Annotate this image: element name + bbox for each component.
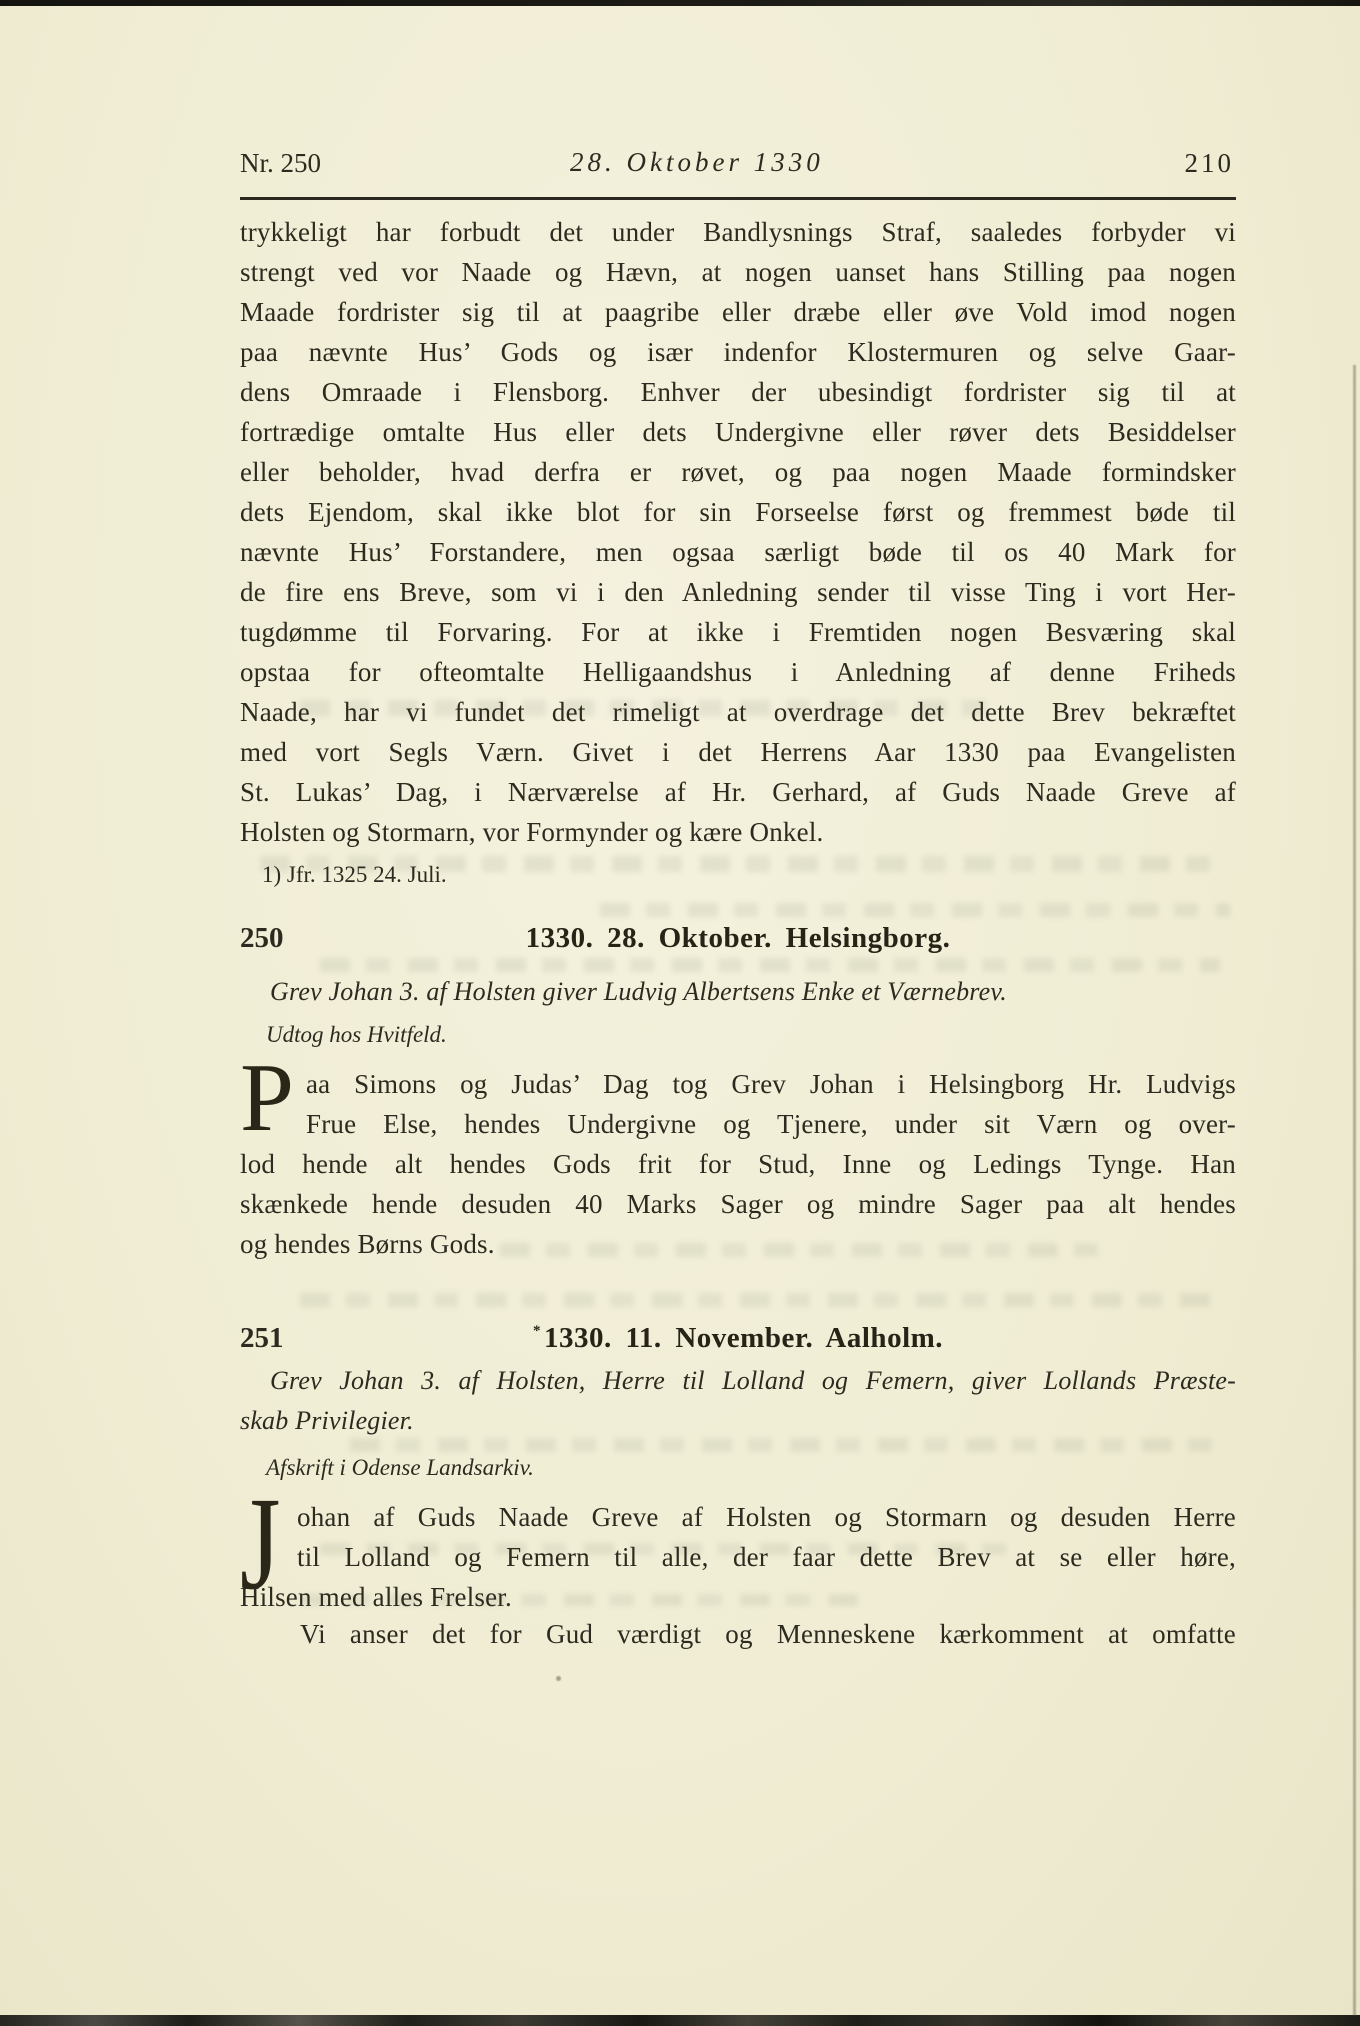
text-line: paa nævnte Hus’ Gods og især indenfor Kl… (240, 332, 1236, 372)
text-line: med vort Segls Værn. Givet i det Herrens… (240, 732, 1236, 772)
entry-251-closing-paragraph: Vi anser det for Gud værdigt og Menneske… (240, 1614, 1236, 1654)
text-line: aa Simons og Judas’ Dag tog Grev Johan i… (240, 1064, 1236, 1104)
text-line: skab Privilegier. (240, 1401, 1236, 1441)
text-line: de fire ens Breve, som vi i den Anlednin… (240, 572, 1236, 612)
footnote: 1) Jfr. 1325 24. Juli. (240, 861, 1236, 889)
text-line: St. Lukas’ Dag, i Nærværelse af Hr. Gerh… (240, 772, 1236, 812)
text-line: fortrædige omtalte Hus eller dets Underg… (240, 412, 1236, 452)
text-line: ohan af Guds Naade Greve af Holsten og S… (240, 1497, 1236, 1537)
text-line: Naade, har vi fundet det rimeligt at ove… (240, 692, 1236, 732)
text-line: eller beholder, hvad derfra er røvet, og… (240, 452, 1236, 492)
text-line: Hilsen med alles Frelser. (240, 1577, 1236, 1617)
text-line: trykkeligt har forbudt det under Bandlys… (240, 212, 1236, 252)
entry-249-continuation-paragraph: trykkeligt har forbudt det under Bandlys… (240, 212, 1236, 852)
book-page-scan: Nr. 250 28. Oktober 1330 210 trykkeligt … (0, 0, 1360, 2026)
running-header-entry-number: Nr. 250 (240, 147, 321, 179)
text-line: dets Ejendom, skal ikke blot for sin For… (240, 492, 1236, 532)
entry-250-source-note: Udtog hos Hvitfeld. (240, 1021, 1236, 1049)
entry-250-regest: Grev Johan 3. af Holsten giver Ludvig Al… (240, 972, 1236, 1012)
entry-250-heading: 1330. 28. Oktober. Helsingborg. (240, 920, 1236, 956)
text-line: tugdømme til Forvaring. For at ikke i Fr… (240, 612, 1236, 652)
page-edge-shadow (1353, 365, 1356, 2016)
text-line: Vi anser det for Gud værdigt og Menneske… (240, 1614, 1236, 1654)
text-line: skænkede hende desuden 40 Marks Sager og… (240, 1184, 1236, 1224)
entry-251-heading: *1330. 11. November. Aalholm. (240, 1320, 1236, 1361)
header-rule (240, 197, 1236, 200)
text-line: Maade fordrister sig til at paagribe ell… (240, 292, 1236, 332)
entry-251-body-paragraph: ohan af Guds Naade Greve af Holsten og S… (240, 1497, 1236, 1617)
text-line: Grev Johan 3. af Holsten giver Ludvig Al… (240, 972, 1236, 1012)
entry-251-source-note: Afskrift i Odense Landsarkiv. (240, 1454, 1236, 1482)
entry-251-regest: Grev Johan 3. af Holsten, Herre til Loll… (240, 1361, 1236, 1441)
entry-250-body-paragraph: aa Simons og Judas’ Dag tog Grev Johan i… (240, 1064, 1236, 1264)
text-line: Frue Else, hendes Undergivne og Tjenere,… (240, 1104, 1236, 1144)
text-line: strengt ved vor Naade og Hævn, at nogen … (240, 252, 1236, 292)
entry-251-heading-text: 1330. 11. November. Aalholm. (544, 1322, 943, 1354)
text-line: Holsten og Stormarn, vor Formynder og kæ… (240, 812, 1236, 852)
text-line: opstaa for ofteomtalte Helligaandshus i … (240, 652, 1236, 692)
text-line: nævnte Hus’ Forstandere, men ogsaa særli… (240, 532, 1236, 572)
text-line: Grev Johan 3. af Holsten, Herre til Loll… (240, 1361, 1236, 1401)
text-line: til Lolland og Femern til alle, der faar… (240, 1537, 1236, 1577)
entry-251-heading-mark: * (533, 1323, 541, 1339)
text-line: og hendes Børns Gods. (240, 1224, 1236, 1264)
text-line: dens Omraade i Flensborg. Enhver der ube… (240, 372, 1236, 412)
running-header-date: 28. Oktober 1330 (570, 146, 824, 178)
text-line: lod hende alt hendes Gods frit for Stud,… (240, 1144, 1236, 1184)
entry-250-heading-text: 1330. 28. Oktober. Helsingborg. (526, 922, 951, 954)
running-header-page-number: 210 (1185, 147, 1235, 179)
text-column: Nr. 250 28. Oktober 1330 210 trykkeligt … (240, 0, 1236, 2026)
